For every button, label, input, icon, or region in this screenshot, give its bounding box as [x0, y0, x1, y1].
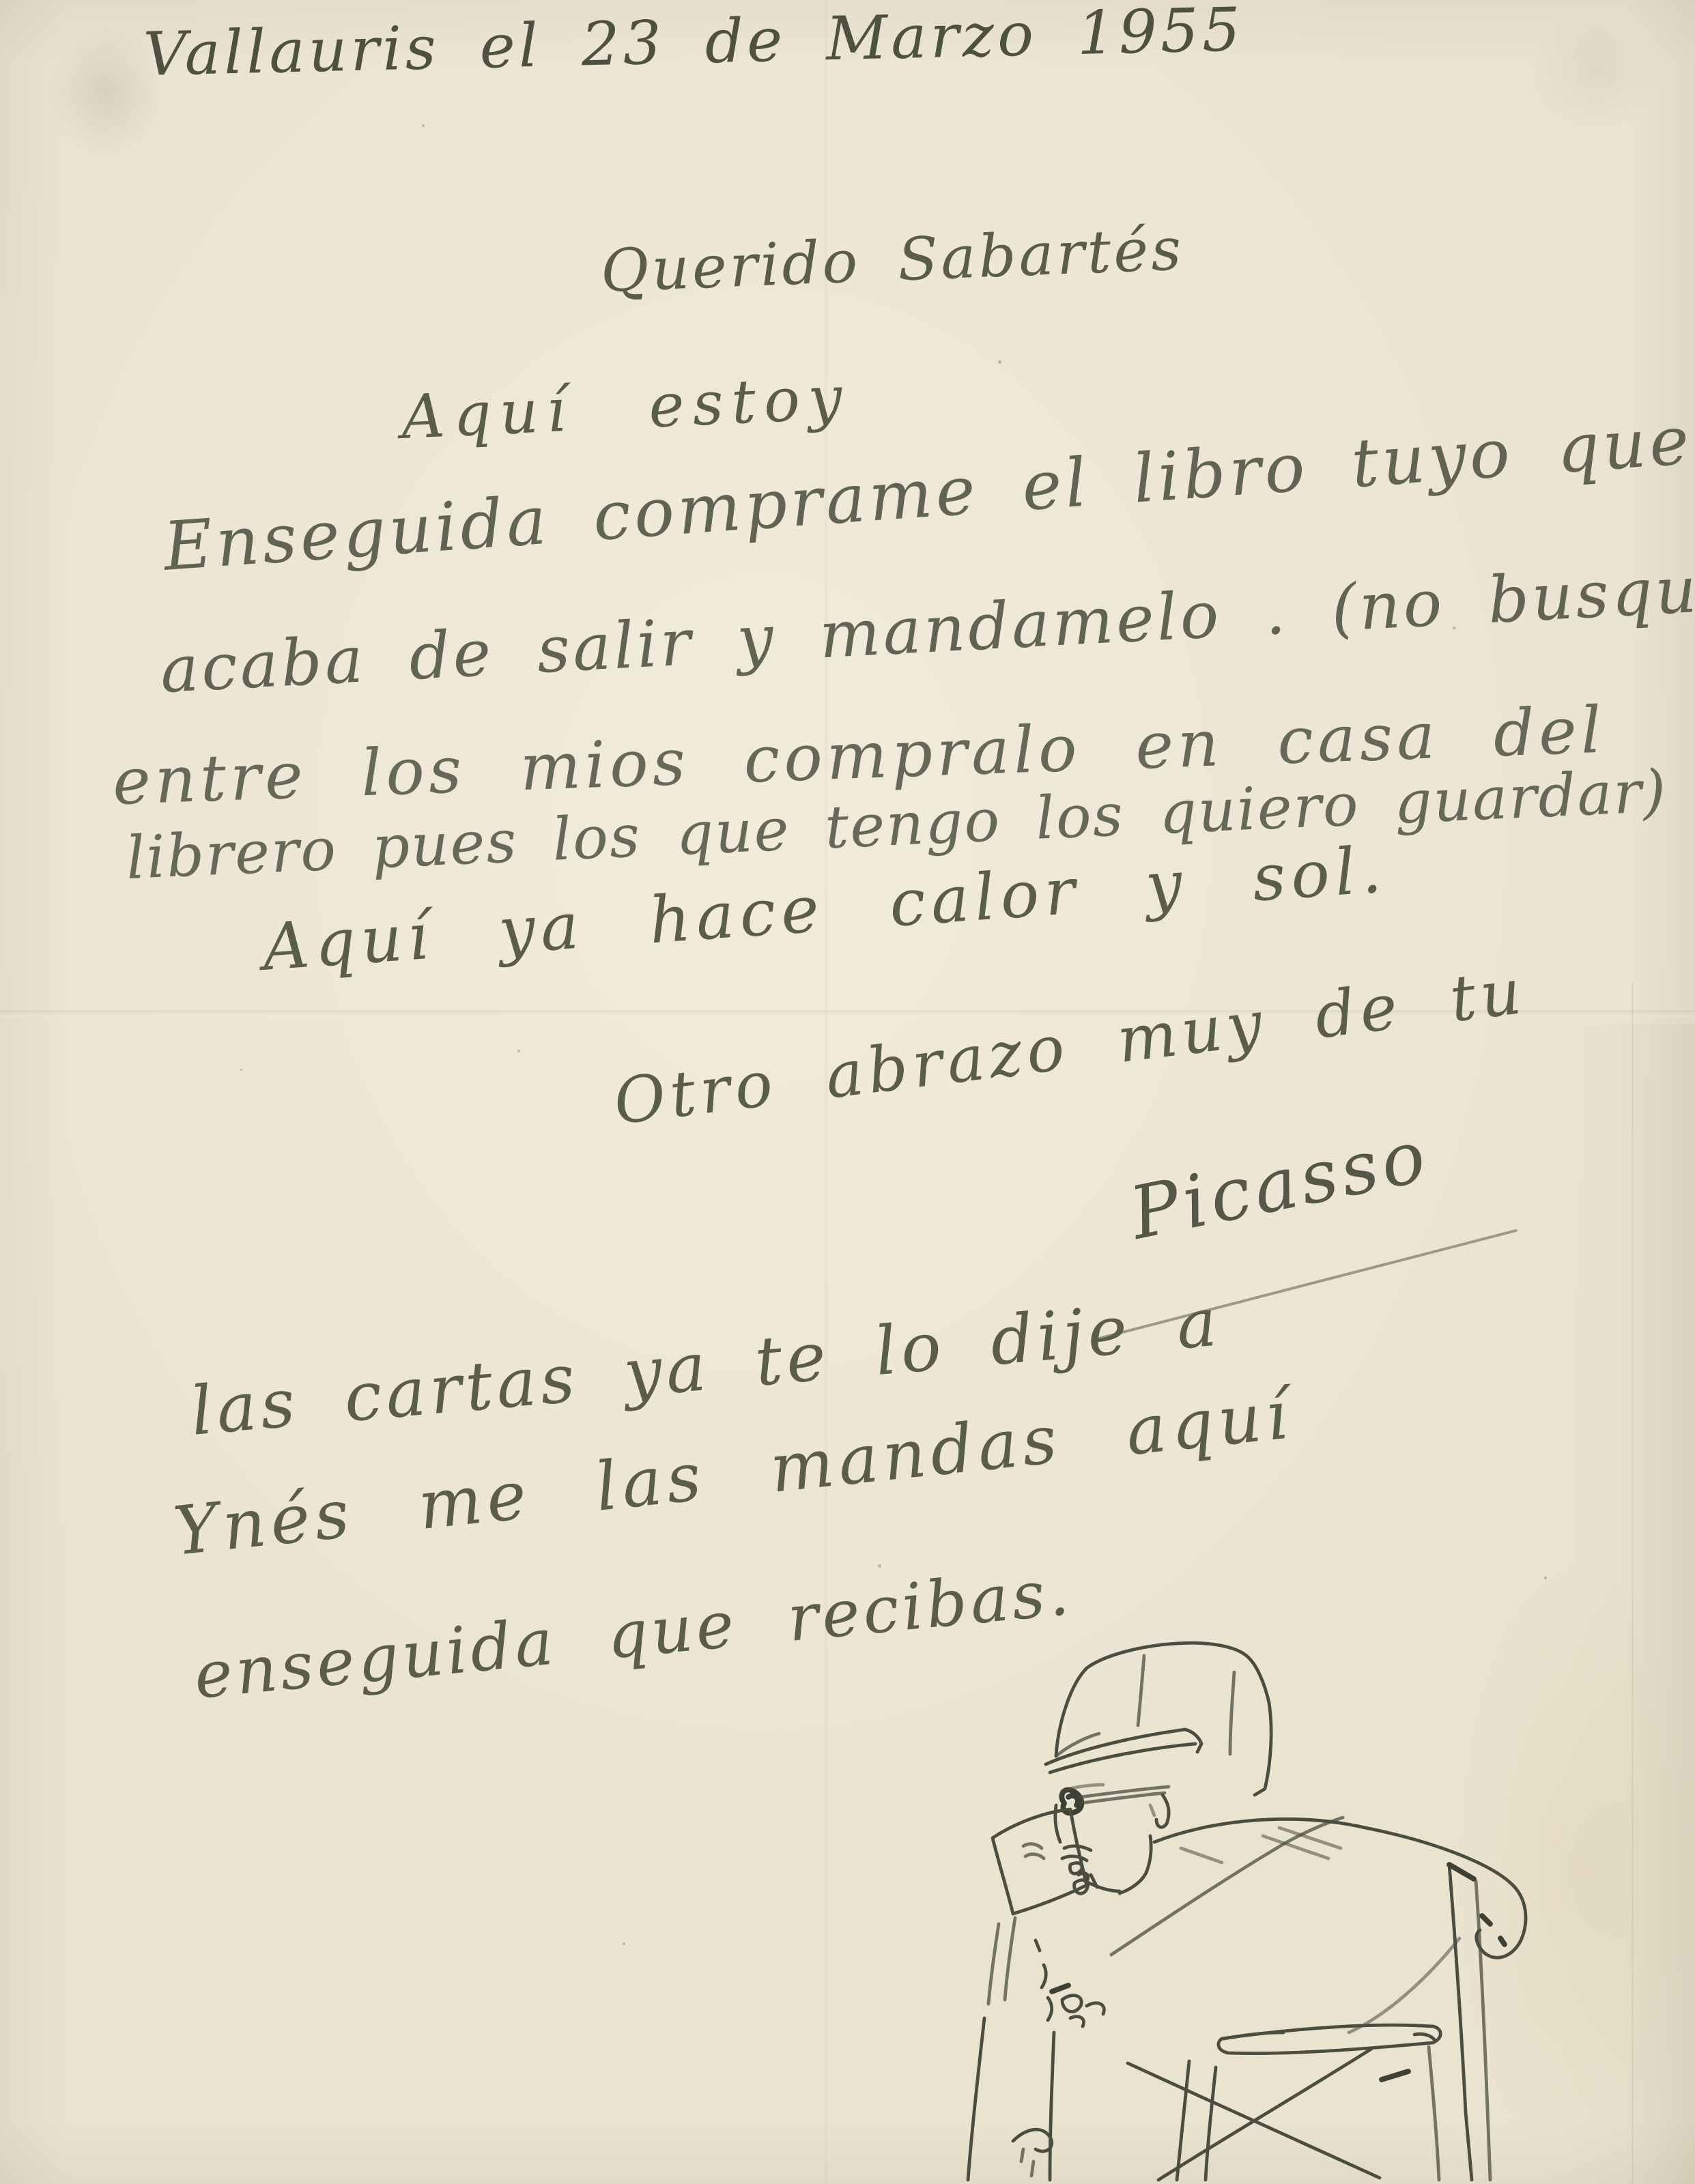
chair-right-leg — [1429, 2047, 1439, 2180]
chair-rear-post-2 — [1476, 1881, 1490, 2180]
glasses-temple — [1081, 1787, 1169, 1797]
cap-seam — [1138, 1656, 1144, 1725]
ink-speck — [422, 124, 425, 127]
jaw-line — [1085, 1881, 1120, 1891]
paper-text-marks — [1023, 1844, 1044, 1858]
cap-visor — [1050, 1744, 1201, 1772]
shoulder-corner-mark — [1482, 1916, 1505, 1944]
ink-speck — [623, 1942, 625, 1945]
chair-seat-dark-left — [1224, 2032, 1283, 2039]
coat-hem — [1013, 2129, 1052, 2151]
sideburn — [1150, 1805, 1154, 1815]
ink-speck — [517, 1050, 520, 1052]
ink-speck — [998, 360, 1001, 364]
closing-line: Otro abrazo muy de tu — [610, 955, 1529, 1139]
chair-front-leg — [1206, 2067, 1216, 2180]
chair-seat — [1219, 2025, 1440, 2053]
collar — [1120, 1873, 1146, 1893]
chair-rear-post — [1449, 1865, 1472, 2180]
ink-speck — [240, 1069, 242, 1071]
coat-side — [1050, 2032, 1054, 2180]
brow-line — [1062, 1785, 1103, 1791]
cap-seam — [1230, 1672, 1234, 1754]
paper-smudge-top-right — [1529, 14, 1666, 130]
reading-figure-sketch — [956, 1611, 1695, 2184]
signature: Picasso — [1124, 1113, 1436, 1256]
wrist-dash — [1052, 1985, 1068, 1992]
opening-line: Aquí estoy — [400, 362, 852, 452]
body-line-2: acaba de salir y mandamelo . (no busques — [158, 549, 1695, 708]
coat-side — [968, 2018, 984, 2180]
arm-edge — [1005, 1918, 1015, 2000]
coat-front-marks — [1036, 1940, 1052, 2020]
chair-seat-dark-right — [1414, 2034, 1435, 2041]
chair-dash — [1382, 2071, 1408, 2080]
postscript-line-3: enseguida que recibas. — [191, 1555, 1075, 1714]
arm-edge — [988, 1924, 999, 2004]
chair-diagonal — [1349, 1938, 1459, 2032]
paper-sheet — [993, 1809, 1087, 1914]
ink-speck — [878, 1564, 881, 1568]
neck-line — [1146, 1836, 1151, 1873]
ink-speck — [1544, 1577, 1547, 1579]
coat-marks — [1021, 2149, 1034, 2176]
ear — [1156, 1795, 1169, 1827]
hand-marks — [1070, 2017, 1084, 2026]
body-line-1: Enseguida comprame el libro tuyo que — [161, 402, 1695, 586]
salutation: Querido Sabartés — [599, 215, 1185, 306]
cap-crown — [1056, 1643, 1271, 1795]
dateline: Vallauris el 23 de Marzo 1955 — [143, 0, 1244, 89]
chair-post-top — [1449, 1865, 1474, 1879]
letter-page: Vallauris el 23 de Marzo 1955 Querido Sa… — [0, 0, 1695, 2184]
cuff-scribble — [1062, 1996, 1104, 2014]
